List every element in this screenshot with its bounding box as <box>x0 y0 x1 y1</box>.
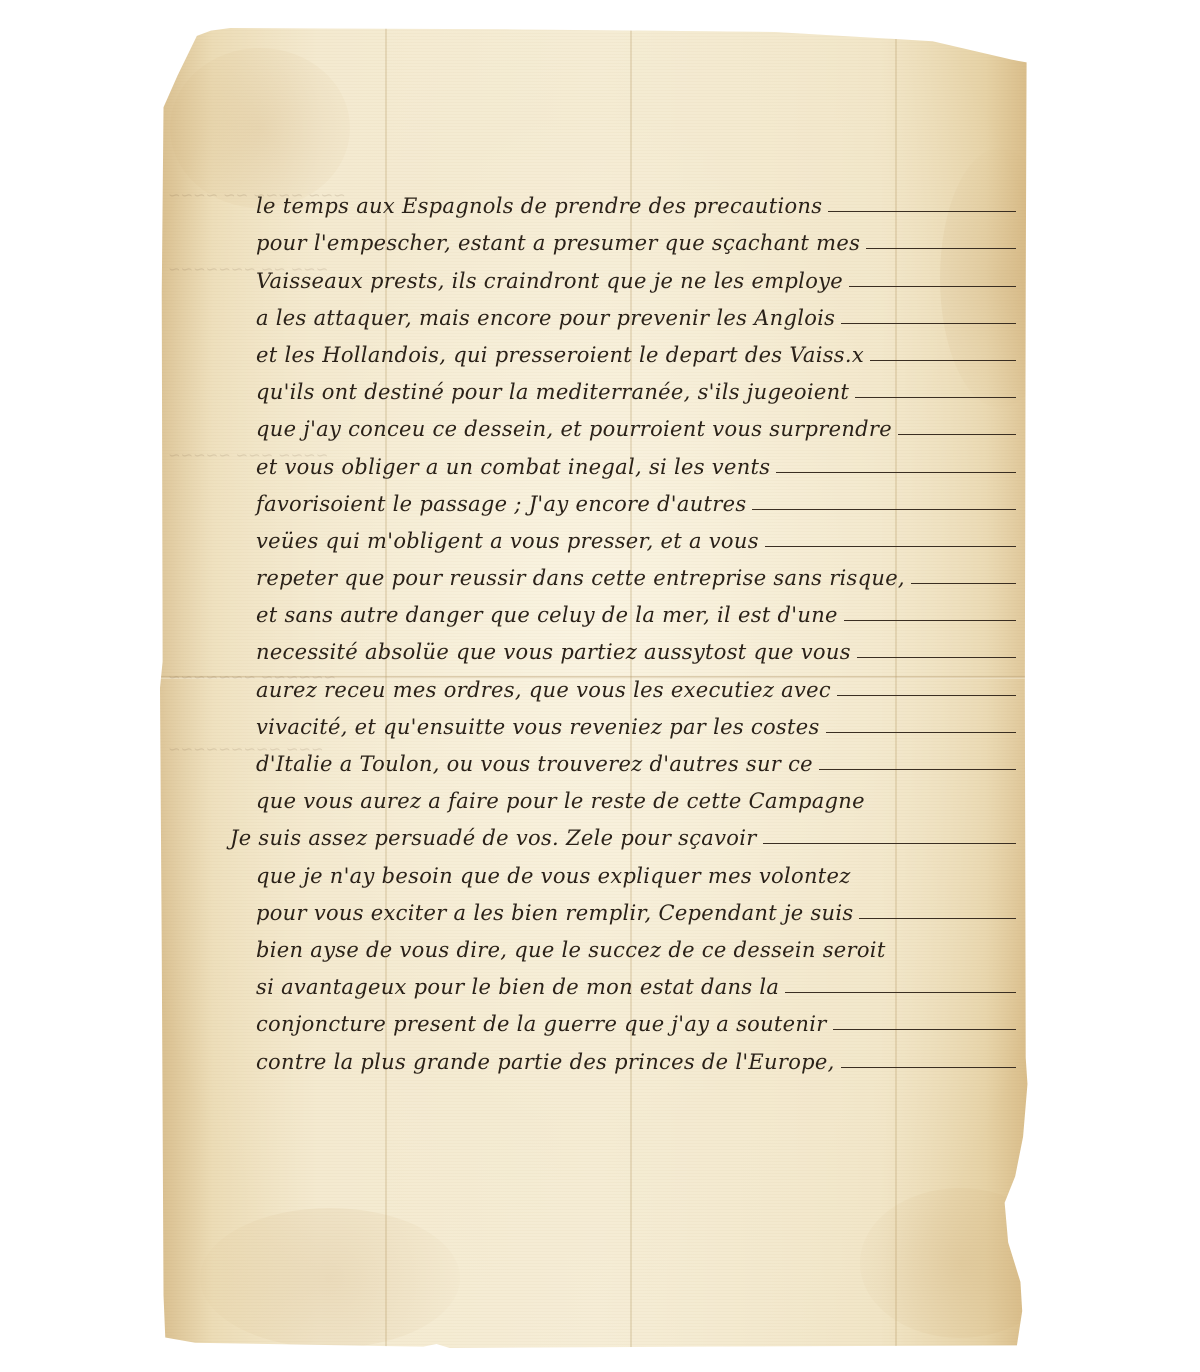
text-line: et sans autre danger que celuy de la mer… <box>256 590 1016 627</box>
line-filler-stroke <box>765 546 1016 547</box>
text-line: contre la plus grande partie des princes… <box>256 1036 1016 1073</box>
line-filler-stroke <box>859 918 1016 919</box>
text-line: que vous aurez a faire pour le reste de … <box>256 776 1016 813</box>
text-line-paragraph-start: Je suis assez persuadé de vos. Zele pour… <box>230 813 1016 850</box>
line-text: vivacité, et qu'ensuitte vous reveniez p… <box>256 715 820 739</box>
age-stain <box>860 1188 1060 1338</box>
text-line: que j'ay conceu ce dessein, et pourroien… <box>256 404 1016 441</box>
age-stain <box>200 1208 460 1348</box>
line-filler-stroke <box>752 509 1016 510</box>
line-text: Vaisseaux prests, ils craindront que je … <box>256 269 843 293</box>
line-text: d'Italie a Toulon, ou vous trouverez d'a… <box>256 752 813 776</box>
manuscript-page: ~~~ ~~~~ ~~ ~~~~ ~~~ ~~ ~~~~~~~ ~~~~ ~~~… <box>160 28 1038 1348</box>
text-line: conjoncture present de la guerre que j'a… <box>256 999 1016 1036</box>
text-line: repeter que pour reussir dans cette entr… <box>256 553 1016 590</box>
line-text: qu'ils ont destiné pour la mediterranée,… <box>256 380 849 404</box>
line-filler-stroke <box>776 472 1016 473</box>
line-text: que j'ay conceu ce dessein, et pourroien… <box>256 417 892 441</box>
line-text: le temps aux Espagnols de prendre des pr… <box>256 194 822 218</box>
line-text: necessité absolüe que vous partiez aussy… <box>256 640 851 664</box>
text-line: d'Italie a Toulon, ou vous trouverez d'a… <box>256 739 1016 776</box>
line-text: si avantageux pour le bien de mon estat … <box>256 975 779 999</box>
line-text: Je suis assez persuadé de vos. Zele pour… <box>230 826 757 850</box>
line-filler-stroke <box>911 583 1016 584</box>
text-line: qu'ils ont destiné pour la mediterranée,… <box>256 367 1016 404</box>
line-filler-stroke <box>855 397 1016 398</box>
line-text: et sans autre danger que celuy de la mer… <box>256 603 838 627</box>
line-text: favorisoient le passage ; J'ay encore d'… <box>256 492 746 516</box>
line-filler-stroke <box>849 286 1016 287</box>
line-filler-stroke <box>844 620 1016 621</box>
text-line: vivacité, et qu'ensuitte vous reveniez p… <box>256 702 1016 739</box>
line-text: pour l'empescher, estant a presumer que … <box>256 231 860 255</box>
line-text: conjoncture present de la guerre que j'a… <box>256 1012 827 1036</box>
line-text: que vous aurez a faire pour le reste de … <box>256 789 865 813</box>
line-text: repeter que pour reussir dans cette entr… <box>256 566 905 590</box>
line-text: pour vous exciter a les bien remplir, Ce… <box>256 901 853 925</box>
line-filler-stroke <box>828 211 1016 212</box>
line-filler-stroke <box>837 695 1016 696</box>
line-filler-stroke <box>898 434 1016 435</box>
line-text: et les Hollandois, qui presseroient le d… <box>256 343 864 367</box>
line-text: veües qui m'obligent a vous presser, et … <box>256 529 759 553</box>
scan-background: ~~~ ~~~~ ~~ ~~~~ ~~~ ~~ ~~~~~~~ ~~~~ ~~~… <box>0 0 1200 1372</box>
line-filler-stroke <box>870 360 1016 361</box>
line-text: a les attaquer, mais encore pour preveni… <box>256 306 835 330</box>
line-text: et vous obliger a un combat inegal, si l… <box>256 455 770 479</box>
line-text: contre la plus grande partie des princes… <box>256 1050 835 1074</box>
text-line: le temps aux Espagnols de prendre des pr… <box>256 181 1016 218</box>
line-filler-stroke <box>857 657 1016 658</box>
text-line: et les Hollandois, qui presseroient le d… <box>256 330 1016 367</box>
text-line: pour l'empescher, estant a presumer que … <box>256 218 1016 255</box>
line-filler-stroke <box>866 248 1016 249</box>
letter-body: le temps aux Espagnols de prendre des pr… <box>256 181 1016 1074</box>
line-filler-stroke <box>841 323 1016 324</box>
line-filler-stroke <box>833 1029 1016 1030</box>
text-line: pour vous exciter a les bien remplir, Ce… <box>256 888 1016 925</box>
line-text: bien ayse de vous dire, que le succez de… <box>256 938 886 962</box>
line-filler-stroke <box>819 769 1016 770</box>
line-text: que je n'ay besoin que de vous expliquer… <box>256 864 851 888</box>
text-line: favorisoient le passage ; J'ay encore d'… <box>256 479 1016 516</box>
text-line: que je n'ay besoin que de vous expliquer… <box>256 850 1016 887</box>
line-text: aurez receu mes ordres, que vous les exe… <box>256 678 831 702</box>
text-line: aurez receu mes ordres, que vous les exe… <box>256 664 1016 701</box>
text-line: et vous obliger a un combat inegal, si l… <box>256 441 1016 478</box>
text-line: veües qui m'obligent a vous presser, et … <box>256 516 1016 553</box>
text-line: si avantageux pour le bien de mon estat … <box>256 962 1016 999</box>
line-filler-stroke <box>826 732 1016 733</box>
line-filler-stroke <box>841 1067 1016 1068</box>
line-filler-stroke <box>785 992 1016 993</box>
text-line: bien ayse de vous dire, que le succez de… <box>256 925 1016 962</box>
text-line: a les attaquer, mais encore pour preveni… <box>256 293 1016 330</box>
text-line: Vaisseaux prests, ils craindront que je … <box>256 255 1016 292</box>
text-line: necessité absolüe que vous partiez aussy… <box>256 627 1016 664</box>
line-filler-stroke <box>763 843 1016 844</box>
